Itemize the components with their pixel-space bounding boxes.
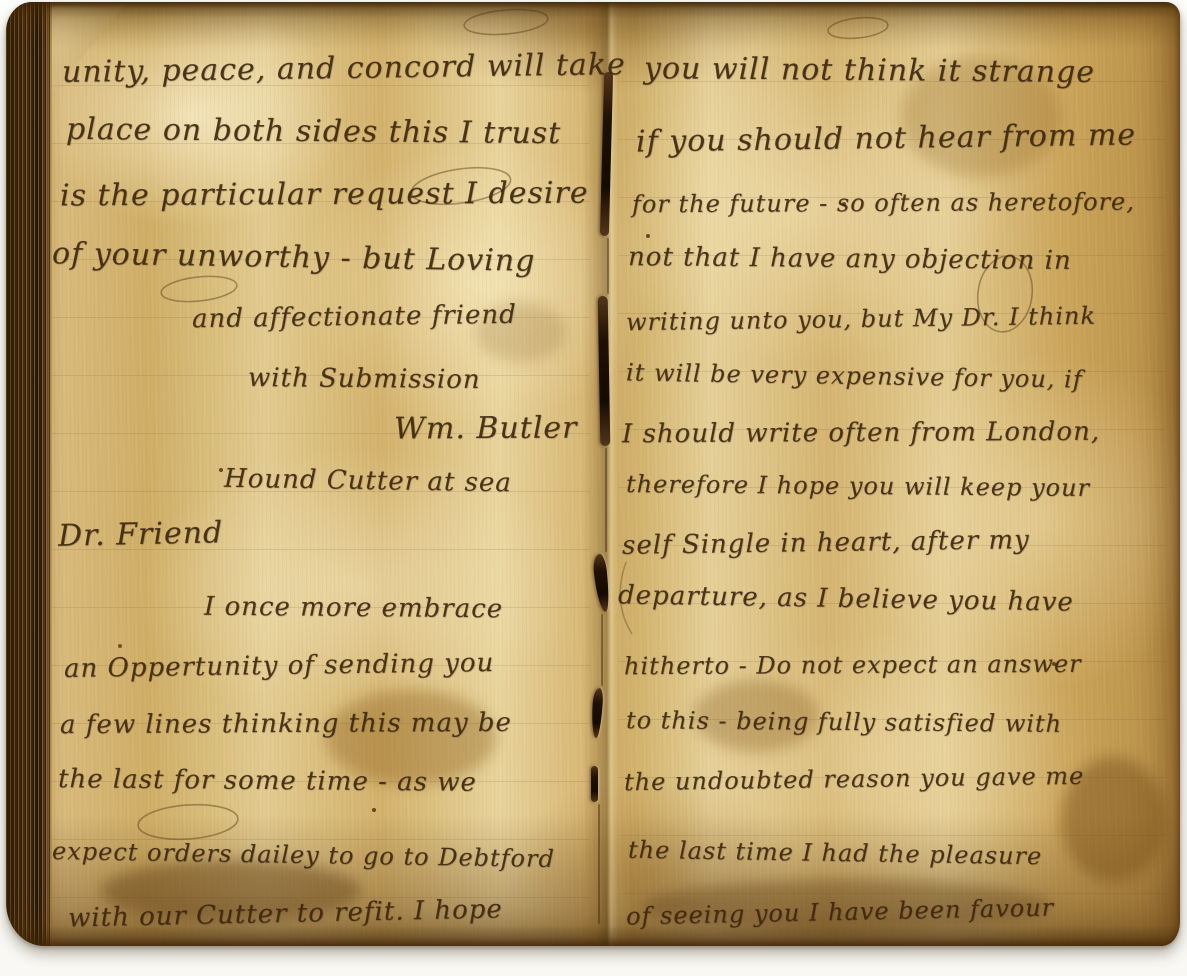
fold-line <box>598 804 600 924</box>
handwritten-line: the undoubted reason you gave me <box>624 763 1085 796</box>
handwritten-line: a few lines thinking this may be <box>60 709 512 740</box>
handwritten-line: and affectionate friend <box>192 301 517 334</box>
handwritten-line: self Single in heart, after my <box>622 526 1030 560</box>
handwritten-line: therefore I hope you will keep your <box>626 471 1090 501</box>
handwritten-line: of your unworthy - but Loving <box>52 237 536 278</box>
fold-line <box>607 238 609 294</box>
fold-line <box>605 448 607 552</box>
handwritten-line: place on both sides this I trust <box>66 113 561 150</box>
open-letter-book: unity, peace, and concord will take plac… <box>6 2 1180 946</box>
handwritten-line: the last time I had the pleasure <box>628 837 1043 870</box>
handwritten-line: unity, peace, and concord will take <box>62 48 626 89</box>
handwritten-line: to this - being fully satisfied with <box>626 707 1062 737</box>
salutation-line: Dr. Friend <box>58 516 224 552</box>
handwritten-line: for the future - so often as heretofore, <box>632 189 1135 218</box>
handwritten-line: is the particular request I desire <box>60 177 589 213</box>
crease-slit <box>591 766 598 802</box>
handwritten-line: you will not think it strange <box>644 52 1095 89</box>
handwritten-line: hitherto - Do not expect an answer <box>624 651 1082 680</box>
book-spine-edge <box>6 2 52 946</box>
handwritten-line: the last for some time - as we <box>58 765 477 797</box>
handwritten-line: an Oppertunity of sending you <box>64 649 495 684</box>
signature-line: Wm. Butler <box>394 412 578 446</box>
scanned-letter-canvas: unity, peace, and concord will take plac… <box>0 0 1187 976</box>
handwritten-line: if you should not hear from me <box>636 119 1136 159</box>
handwritten-line: I should write often from London, <box>622 418 1100 449</box>
handwritten-line: with Submission <box>248 364 481 395</box>
ship-place-line: Hound Cutter at sea <box>224 465 512 498</box>
handwritten-line: I once more embrace <box>204 593 503 624</box>
fold-line <box>601 614 603 686</box>
handwritten-line: not that I have any objection in <box>628 243 1072 275</box>
